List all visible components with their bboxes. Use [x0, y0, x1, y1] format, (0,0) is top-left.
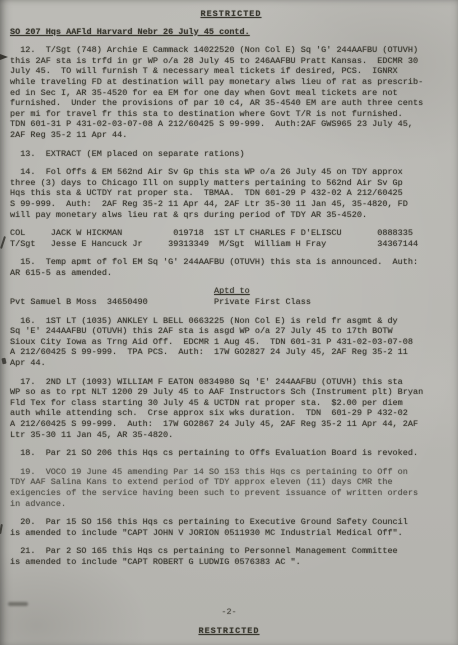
doc-line: 15. Temp apmt of fol EM Sq 'G' 244AAFBU …: [10, 257, 452, 268]
doc-line: in advance.: [10, 499, 452, 510]
doc-line: 14. Fol Offs & EM 562nd Air Sv Gp this s…: [10, 167, 452, 178]
doc-line: 13. EXTRACT (EM placed on separate ratio…: [10, 149, 452, 160]
pencil-mark: [1, 358, 6, 365]
page-number: -2-: [0, 607, 458, 618]
doc-line: A 212/60425 S 99-999. TPA PCS. Auth: 17W…: [10, 347, 452, 358]
doc-line: this 2AF sta is trfd in gr WP o/a 28 Jul…: [10, 56, 452, 67]
doc-line: ed in Sec I, AR 35-4520 for ea EM for on…: [10, 88, 452, 99]
doc-line: Ltr 35-30 11 Jan 45, AR 35-4820.: [10, 430, 452, 441]
doc-line: is amended to include "CAPT ROBERT G LUD…: [10, 557, 452, 568]
appointment-block: Aptd toPvt Samuel B Moss 34650490 Privat…: [10, 286, 452, 307]
doc-line: 17. 2ND LT (1093) WILLIAM F EATON 083498…: [10, 377, 452, 388]
para-18: 18. Par 21 SO 206 this Hqs cs pertaining…: [10, 448, 452, 459]
para-19: 19. VOCO 19 June 45 amending Par 14 SO 1…: [10, 467, 452, 509]
doc-line: WP so as to rpt NLT 1200 29 July 45 to A…: [10, 387, 452, 398]
doc-line: Apr 44.: [10, 358, 452, 369]
doc-line: Aptd to: [10, 286, 452, 297]
plain-text: [10, 286, 214, 296]
pencil-smudge-mark: [8, 602, 28, 606]
underlined-text: Aptd to: [214, 286, 250, 296]
page-footer: -2- RESTRICTED: [0, 607, 458, 637]
pencil-mark: [0, 236, 6, 249]
para-13: 13. EXTRACT (EM placed on separate ratio…: [10, 149, 452, 160]
para-21: 21. Par 2 SO 165 this Hqs cs pertaining …: [10, 546, 452, 567]
doc-line: July 45. TO will furnish T & necessary m…: [10, 66, 452, 77]
document-page: RESTRICTED SO 207 Hqs AAFld Harvard Nebr…: [0, 0, 458, 645]
doc-line: AR 615-5 as amended.: [10, 268, 452, 279]
doc-line: 21. Par 2 SO 165 this Hqs cs pertaining …: [10, 546, 452, 557]
doc-line: S 99-999. Auth: 2AF Reg 35-2 11 Apr 44, …: [10, 199, 452, 210]
doc-line: Sioux City Iowa as Trng Aid Off. EDCMR 1…: [10, 337, 452, 348]
doc-line: will pay monetary alws lieu rat & qrs du…: [10, 210, 452, 221]
doc-line: exigencies of the service having been su…: [10, 488, 452, 499]
doc-line: 2AF Reg 35-2 11 Apr 44.: [10, 130, 452, 141]
security-banner-bottom: RESTRICTED: [0, 626, 458, 637]
doc-line: auth while attending sch. Crse approx si…: [10, 408, 452, 419]
pencil-arrow-mark: [0, 54, 8, 60]
para-15: 15. Temp apmt of fol EM Sq 'G' 244AAFBU …: [10, 257, 452, 278]
para-17: 17. 2ND LT (1093) WILLIAM F EATON 083498…: [10, 377, 452, 441]
doc-line: A 212/60425 S 99-999. Auth: 17W GO2867 2…: [10, 419, 452, 430]
doc-line: 20. Par 15 SO 156 this Hqs cs pertaining…: [10, 517, 452, 528]
doc-line: Hqs this sta & UCTDY rat proper sta. TBM…: [10, 188, 452, 199]
document-body: 12. T/Sgt (748) Archie E Cammack 1402252…: [10, 45, 452, 567]
para-20: 20. Par 15 SO 156 this Hqs cs pertaining…: [10, 517, 452, 538]
doc-line: furnished. Under the provisions of par 1…: [10, 98, 452, 109]
doc-line: T/Sgt Jesse E Hancuck Jr 39313349 M/Sgt …: [10, 239, 452, 250]
doc-line: Sq 'E' 244AAFBU (OTUVH) this 2AF sta is …: [10, 326, 452, 337]
para-14: 14. Fol Offs & EM 562nd Air Sv Gp this s…: [10, 167, 452, 220]
doc-line: is amended to include "CAPT JOHN V JORIO…: [10, 528, 452, 539]
doc-line: while traveling FD at destination will p…: [10, 77, 452, 88]
doc-line: TDN 601-31 P 431-02-03-07-08 A 212/60425…: [10, 119, 452, 130]
doc-line: 18. Par 21 SO 206 this Hqs cs pertaining…: [10, 448, 452, 459]
para-12: 12. T/Sgt (748) Archie E Cammack 1402252…: [10, 45, 452, 140]
doc-line: 12. T/Sgt (748) Archie E Cammack 1402252…: [10, 45, 452, 56]
doc-line: per mi for travel fr this sta to destina…: [10, 109, 452, 120]
pencil-mark: [0, 524, 3, 534]
doc-line: 16. 1ST LT (1035) ANKLEY L BELL 0663225 …: [10, 316, 452, 327]
doc-line: Pvt Samuel B Moss 34650490 Private First…: [10, 297, 452, 308]
names-roster: COL JACK W HICKMAN 019718 1ST LT CHARLES…: [10, 228, 452, 249]
order-heading: SO 207 Hqs AAFld Harvard Nebr 26 July 45…: [10, 27, 452, 38]
doc-line: 19. VOCO 19 June 45 amending Par 14 SO 1…: [10, 467, 452, 478]
doc-line: Fld Tex for class starting 30 July 45 & …: [10, 398, 452, 409]
doc-line: COL JACK W HICKMAN 019718 1ST LT CHARLES…: [10, 228, 452, 239]
doc-line: TDY AAF Salina Kans to extend period of …: [10, 477, 452, 488]
para-16: 16. 1ST LT (1035) ANKLEY L BELL 0663225 …: [10, 316, 452, 369]
doc-line: three (3) days to Chicago Ill on supply …: [10, 178, 452, 189]
security-banner-top: RESTRICTED: [10, 9, 452, 20]
